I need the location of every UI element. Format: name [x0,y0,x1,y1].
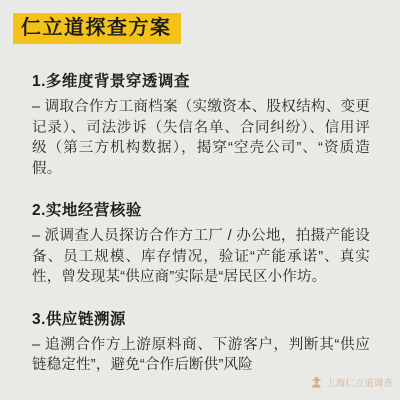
watermark-text: 上海仁立道调查 [326,376,393,389]
title-row: 仁立道探查方案 [0,0,400,44]
section-paragraph: – 追溯合作方上游原料商、下游客户，判断其“供应链稳定性”，避免“合作后断供”风… [32,335,370,376]
page-title: 仁立道探查方案 [13,13,181,44]
document-body: 1.多维度背景穿透调查 – 调取合作方工商档案（实缴资本、股权结构、变更记录）、… [0,69,400,376]
section-background-check: 1.多维度背景穿透调查 – 调取合作方工商档案（实缴资本、股权结构、变更记录）、… [32,69,370,179]
section-paragraph: – 派调查人员探访合作方工厂 / 办公地，拍摄产能设备、员工规模、库存情况，验证… [32,226,370,288]
detective-icon [310,376,323,389]
section-supply-chain: 3.供应链溯源 – 追溯合作方上游原料商、下游客户，判断其“供应链稳定性”，避免… [32,307,370,376]
watermark: 上海仁立道调查 [310,376,393,389]
section-heading: 3.供应链溯源 [32,307,370,329]
section-paragraph: – 调取合作方工商档案（实缴资本、股权结构、变更记录）、司法涉诉（失信名单、合同… [32,97,370,179]
document-page: 仁立道探查方案 1.多维度背景穿透调查 – 调取合作方工商档案（实缴资本、股权结… [0,0,400,400]
section-heading: 1.多维度背景穿透调查 [32,69,370,91]
section-onsite-verification: 2.实地经营核验 – 派调查人员探访合作方工厂 / 办公地，拍摄产能设备、员工规… [32,198,370,288]
section-heading: 2.实地经营核验 [32,198,370,220]
